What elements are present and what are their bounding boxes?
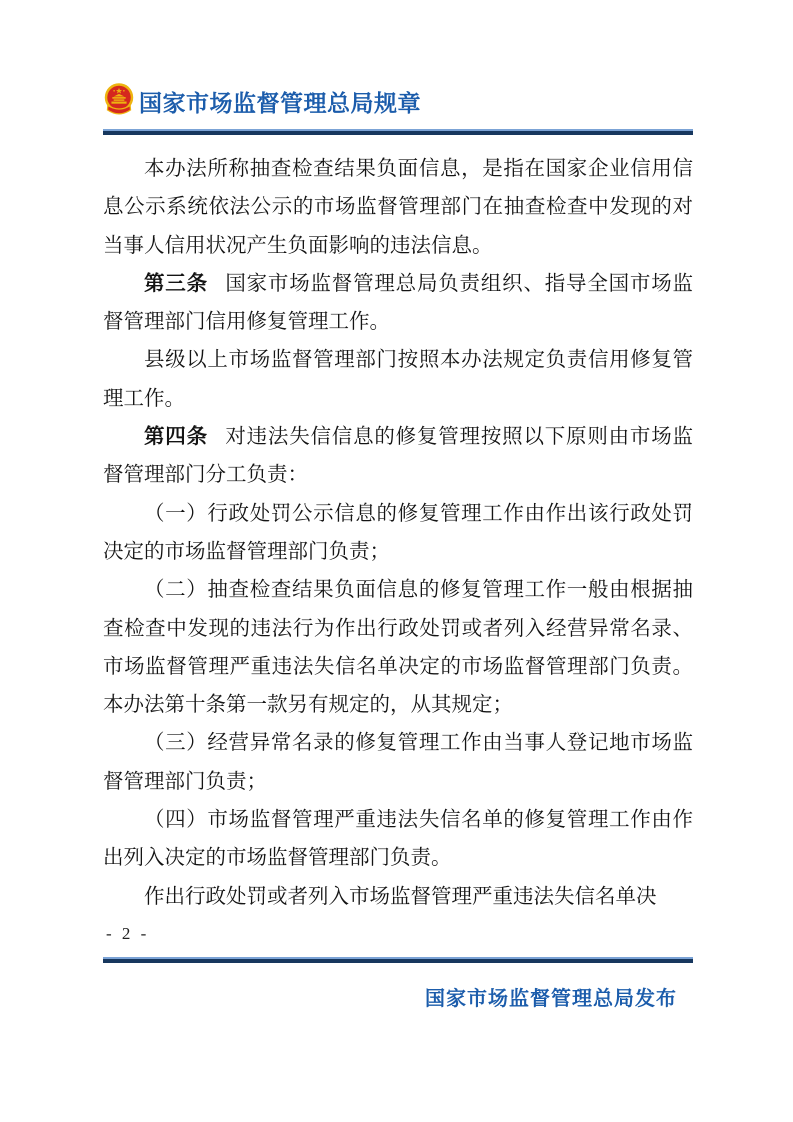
paragraph-text: （三）经营异常名录的修复管理工作由当事人登记地市场监督管理部门负责； (103, 732, 693, 792)
paragraph-text: 作出行政处罚或者列入市场监督管理严重违法失信名单决 (144, 886, 657, 908)
paragraph-text: （四）市场监督管理严重违法失信名单的修复管理工作由作出列入决定的市场监督管理部门… (103, 809, 693, 869)
paragraph-text: （二）抽查检查结果负面信息的修复管理工作一般由根据抽查检查中发现的违法行为作出行… (103, 579, 693, 716)
header-rule-thick-line (103, 131, 693, 135)
document-page: 国家市场监督管理总局规章 本办法所称抽查检查结果负面信息，是指在国家企业信用信息… (0, 0, 793, 1122)
body-paragraph: 第四条对违法失信信息的修复管理按照以下原则由市场监督管理部门分工负责： (103, 418, 693, 495)
article-number: 第四条 (144, 426, 208, 448)
paragraph-text: （一）行政处罚公示信息的修复管理工作由作出该行政处罚决定的市场监督管理部门负责； (103, 503, 693, 563)
paragraph-text: 县级以上市场监督管理部门按照本办法规定负责信用修复管理工作。 (103, 349, 693, 409)
national-emblem-icon (103, 82, 135, 120)
body-paragraph: 第三条国家市场监督管理总局负责组织、指导全国市场监督管理部门信用修复管理工作。 (103, 265, 693, 342)
body-paragraph: （一）行政处罚公示信息的修复管理工作由作出该行政处罚决定的市场监督管理部门负责； (103, 495, 693, 572)
document-title: 国家市场监督管理总局规章 (139, 85, 421, 118)
document-body: 本办法所称抽查检查结果负面信息，是指在国家企业信用信息公示系统依法公示的市场监督… (103, 150, 693, 916)
body-paragraph: 作出行政处罚或者列入市场监督管理严重违法失信名单决 (103, 878, 693, 916)
publisher-label: 国家市场监督管理总局发布 (425, 982, 677, 1011)
body-paragraph: （二）抽查检查结果负面信息的修复管理工作一般由根据抽查检查中发现的违法行为作出行… (103, 571, 693, 724)
body-paragraph: 本办法所称抽查检查结果负面信息，是指在国家企业信用信息公示系统依法公示的市场监督… (103, 150, 693, 265)
article-number: 第三条 (144, 273, 208, 295)
footer-rule (103, 957, 693, 963)
body-paragraph: 县级以上市场监督管理部门按照本办法规定负责信用修复管理工作。 (103, 341, 693, 418)
body-paragraph: （三）经营异常名录的修复管理工作由当事人登记地市场监督管理部门负责； (103, 724, 693, 801)
footer-rule-thick-line (103, 959, 693, 963)
body-paragraph: （四）市场监督管理严重违法失信名单的修复管理工作由作出列入决定的市场监督管理部门… (103, 801, 693, 878)
header-rule (103, 129, 693, 135)
page-number: - 2 - (106, 924, 149, 944)
document-header: 国家市场监督管理总局规章 (103, 0, 693, 120)
paragraph-text: 本办法所称抽查检查结果负面信息，是指在国家企业信用信息公示系统依法公示的市场监督… (103, 158, 693, 257)
